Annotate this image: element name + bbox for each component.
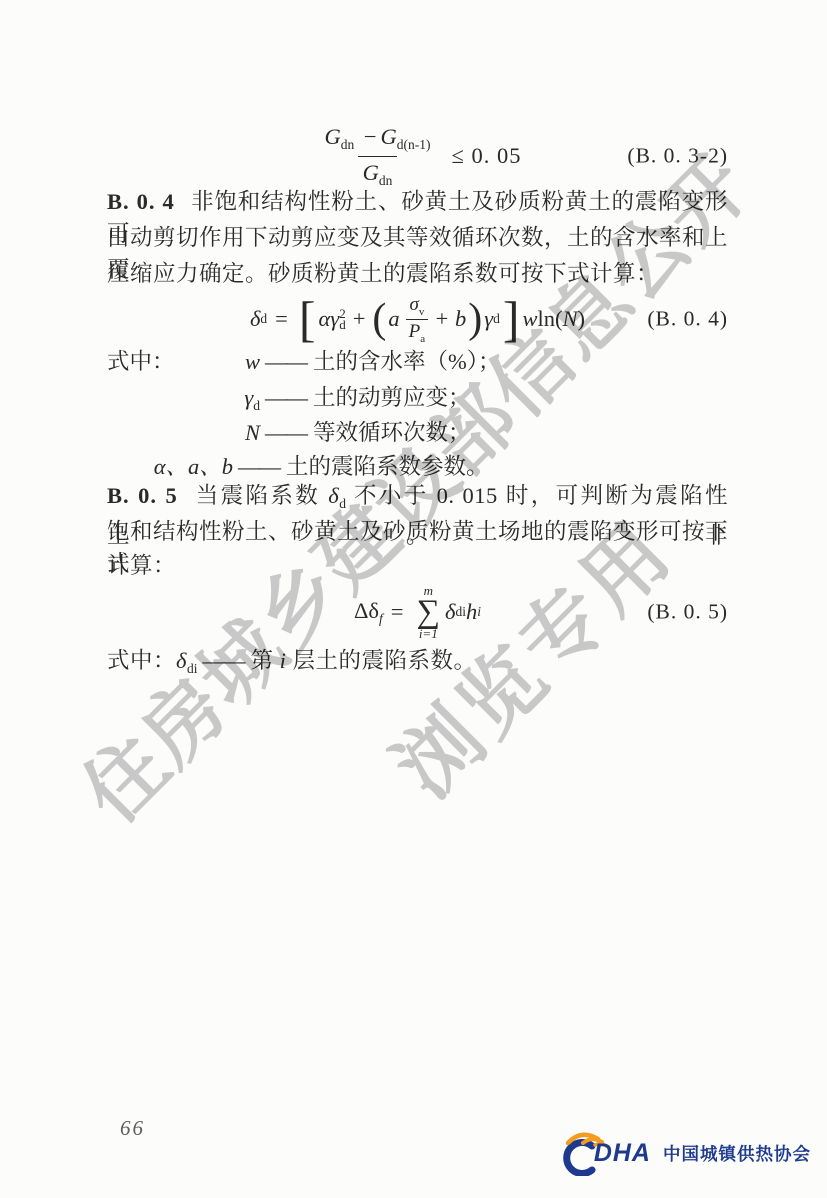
b05-line3-text: 计算：	[107, 553, 176, 578]
paragraph-b04-line3: 压缩应力确定。砂质粉黄土的震陷系数可按下式计算：	[107, 258, 728, 290]
section-number-b05: B. 0. 5	[107, 483, 178, 508]
equation-b04: δd = [ αγ2d + ( a σv Pa + b ) γd ] wln(N…	[107, 288, 728, 350]
equation-label-b04: (B. 0. 4)	[647, 307, 728, 332]
b05-line1-pre: 当震陷系数	[194, 483, 328, 508]
b05-def-text-pre: 第	[251, 648, 280, 673]
sub-i: i	[477, 604, 481, 620]
symbol-N: N	[174, 418, 260, 456]
b05-inline-delta-sub: d	[339, 496, 346, 511]
page-number: 66	[120, 1116, 145, 1141]
fraction-b032: Gdn −Gd(n-1) Gdn	[319, 124, 435, 189]
scanned-document-page: Gdn −Gd(n-1) Gdn ≤ 0. 05 (B. 0. 3-2) B. …	[0, 0, 827, 1198]
definition-dash-2: ——	[260, 383, 313, 413]
definition-text-N: 等效循环次数；	[313, 418, 471, 448]
symbol-gamma-sub: d	[253, 398, 260, 413]
sub-dn1: d(n-1)	[397, 137, 431, 152]
equals-sign-b05: =	[383, 599, 412, 625]
var-h: h	[466, 599, 477, 625]
ln-close: )	[578, 306, 586, 332]
b05-inline-delta: δ	[328, 483, 339, 508]
definition-text-alpha: 土的震陷系数参数。	[286, 452, 489, 482]
definition-dash-4: ——	[233, 452, 286, 482]
shizhong-prefix-b05: 式中：	[107, 648, 176, 673]
b04-line3-text: 压缩应力确定。砂质粉黄土的震陷系数可按下式计算：	[107, 261, 659, 286]
plus-sign-1: +	[348, 306, 371, 332]
var-G2: G	[381, 124, 397, 149]
ln-open: ln(	[538, 306, 563, 332]
equation-label-b032: (B. 0. 3-2)	[627, 144, 728, 169]
sub-d: d	[260, 311, 267, 327]
equation-b032: Gdn −Gd(n-1) Gdn ≤ 0. 05 (B. 0. 3-2)	[107, 124, 728, 188]
logo-acronym-text: DHA	[594, 1139, 651, 1168]
symbol-gamma: γd	[174, 383, 260, 421]
summation: m ∑ i=1	[417, 584, 441, 640]
section-number-b04: B. 0. 4	[107, 189, 175, 214]
minus-sign: −	[360, 124, 381, 149]
var-N: N	[563, 306, 578, 332]
symbol-delta-di-sub: di	[187, 661, 198, 676]
sub-a: a	[420, 333, 425, 345]
symbol-N-base: N	[245, 420, 260, 445]
definition-row-N: N —— 等效循环次数；	[107, 418, 728, 456]
gamma-supsub: 2d	[339, 308, 346, 330]
equals-sign: =	[267, 306, 296, 332]
pa-denominator: Pa	[406, 319, 429, 345]
definition-row-b05: 式中：δdi——第 i 层土的震陷系数。	[107, 645, 728, 685]
sub-d3: d	[493, 311, 500, 327]
sigma-numerator: σv	[406, 294, 427, 319]
var-G1: G	[324, 124, 340, 149]
delta-total-base: Δδ	[354, 598, 379, 623]
sum-lower-limit: i=1	[419, 627, 438, 640]
symbol-w: w	[174, 347, 260, 385]
var-gamma2: γ	[484, 306, 493, 332]
logo-organization-name: 中国城镇供热协会	[663, 1141, 811, 1166]
fraction-sigma-pa: σv Pa	[406, 294, 429, 345]
var-a: a	[388, 306, 399, 332]
var-G3: G	[363, 160, 379, 185]
sub-dn: dn	[341, 137, 355, 152]
definition-text-gamma: 土的动剪应变；	[313, 383, 471, 413]
definition-dash-3: ——	[260, 418, 313, 448]
definition-dash-1: ——	[260, 347, 313, 377]
var-delta-d: δ	[250, 306, 260, 332]
sub-di: di	[456, 604, 467, 620]
b05-def-text-post: 层土的震陷系数。	[286, 648, 476, 673]
fraction-denominator: Gdn	[358, 156, 398, 189]
sub-v: v	[419, 306, 425, 318]
var-delta-di: δ	[445, 599, 455, 625]
fraction-numerator: Gdn −Gd(n-1)	[319, 124, 435, 156]
symbol-delta-di: δ	[176, 648, 187, 673]
var-w: w	[523, 306, 538, 332]
symbol-w-base: w	[245, 349, 260, 374]
shizhong-prefix: 式中：	[107, 347, 174, 377]
var-alpha-gamma: αγ	[319, 306, 340, 332]
definition-row-gamma: γd —— 土的动剪应变；	[107, 383, 728, 421]
definition-row-w: 式中： w —— 土的含水率（%）；	[107, 347, 728, 385]
var-sigma: σ	[409, 294, 418, 315]
sigma-icon: ∑	[417, 597, 441, 627]
symbol-gamma-base: γ	[244, 385, 253, 410]
cdha-logo: DHA 中国城镇供热协会	[556, 1130, 811, 1176]
definition-text-w: 土的含水率（%）；	[313, 347, 501, 377]
var-delta-total: Δδf	[354, 598, 383, 627]
sub-d2: d	[339, 319, 346, 330]
symbol-alpha-base: α、a、b	[154, 454, 233, 479]
equation-b05: Δδf = m ∑ i=1 δdi hi (B. 0. 5)	[107, 576, 728, 648]
definition-dash-5: ——	[198, 648, 251, 673]
equation-label-b05: (B. 0. 5)	[647, 600, 728, 625]
relation-value: ≤ 0. 05	[452, 143, 522, 169]
plus-b: + b	[434, 306, 466, 332]
var-P: P	[409, 321, 421, 342]
